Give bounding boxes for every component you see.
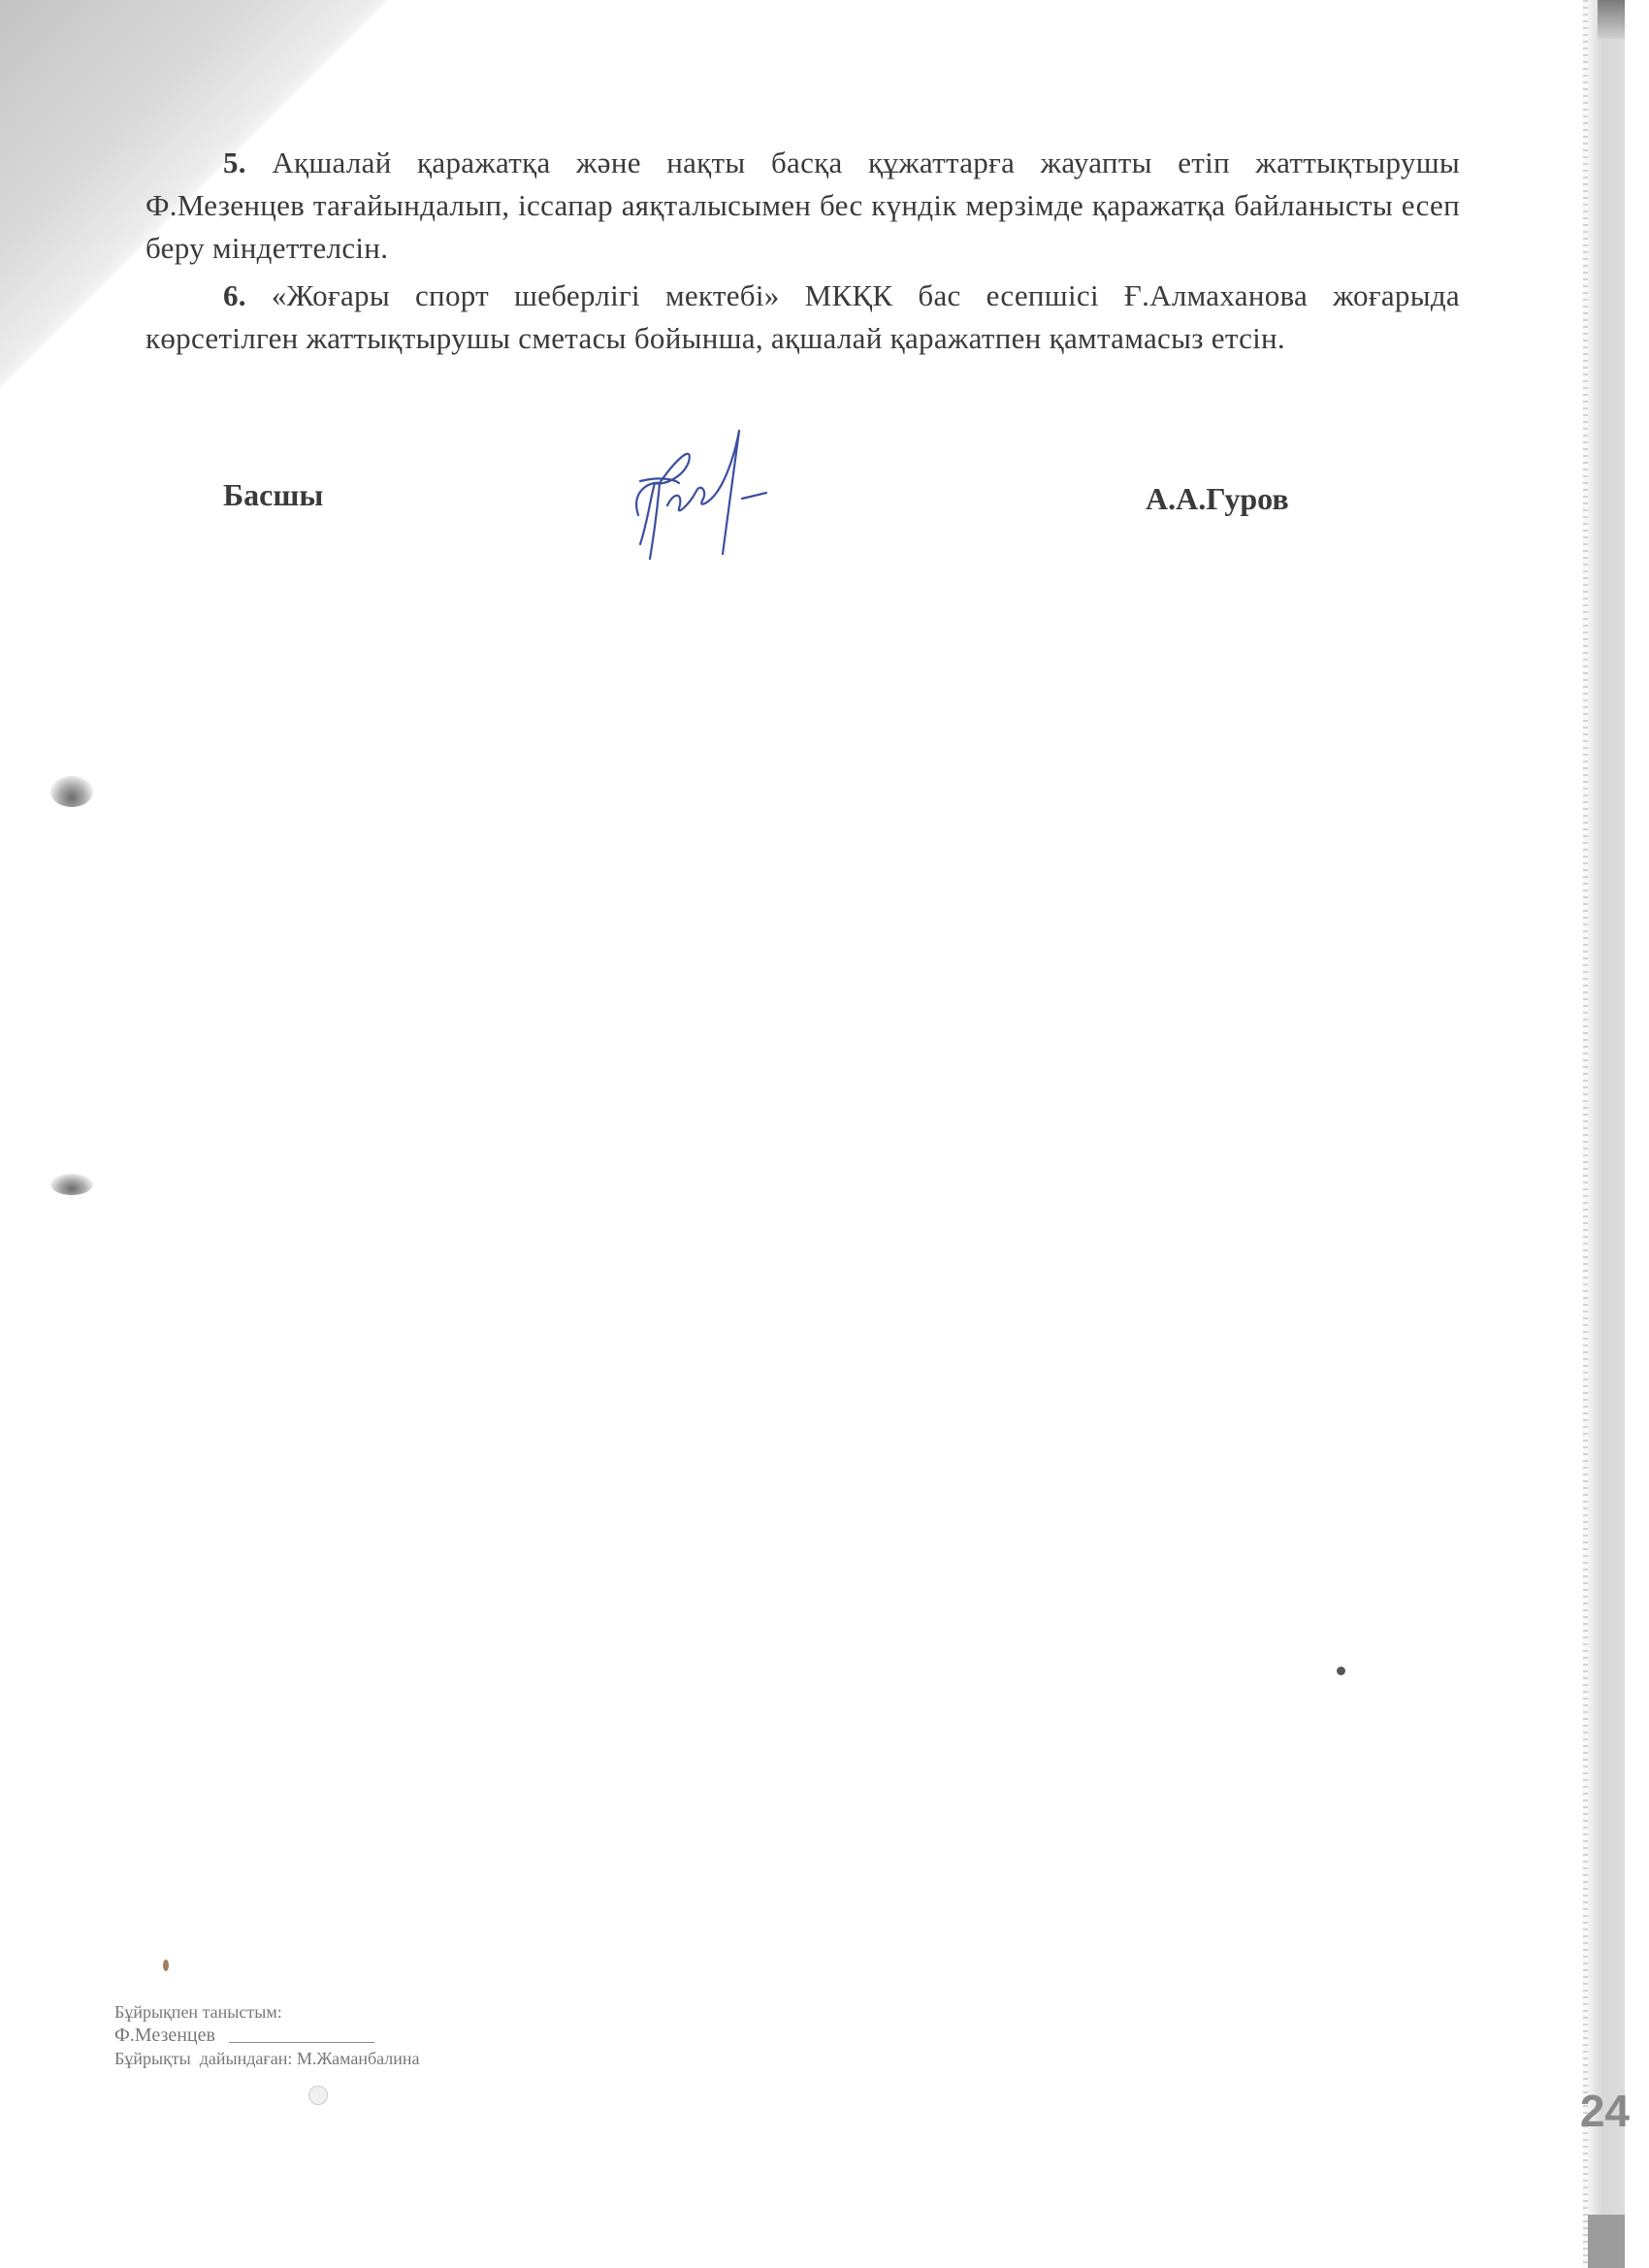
paragraph-number: 6. [223, 278, 246, 312]
paragraph-text: «Жоғары спорт шеберлігі мектебі» МКҚК ба… [145, 278, 1460, 355]
prepared-by: Бұйрықты дайындаған: М.Жаманбалина [114, 2047, 420, 2070]
paragraph-5: 5. Ақшалай қаражатқа және нақты басқа құ… [145, 142, 1460, 270]
signature-line [229, 2042, 374, 2043]
acknowledged-row: Ф.Мезенцев [114, 2024, 420, 2047]
stack-shadow-bottom [1588, 2215, 1625, 2268]
signer-name: А.А.Гуров [1146, 481, 1289, 517]
scan-speck [163, 1960, 169, 1971]
stack-shadow-top [1598, 0, 1625, 39]
paragraph-6: 6. «Жоғары спорт шеберлігі мектебі» МКҚК… [145, 275, 1460, 360]
document-footer: Бұйрықпен таныстым: Ф.Мезенцев Бұйрықты … [114, 2000, 420, 2070]
page-stack-edge [1588, 0, 1625, 2268]
signer-title: Басшы [223, 477, 323, 513]
paragraph-number: 5. [223, 146, 246, 179]
handwritten-signature-icon [621, 423, 834, 568]
punch-hole-icon [50, 1174, 93, 1195]
punch-hole-icon [50, 776, 93, 807]
acknowledged-label: Бұйрықпен таныстым: [114, 2000, 420, 2024]
edge-page-number: 24 [1580, 2085, 1630, 2137]
acknowledged-name: Ф.Мезенцев [114, 2025, 215, 2046]
paragraph-text: Ақшалай қаражатқа және нақты басқа құжат… [145, 146, 1460, 265]
scan-speck [1337, 1667, 1345, 1675]
scan-speck [308, 2086, 328, 2105]
